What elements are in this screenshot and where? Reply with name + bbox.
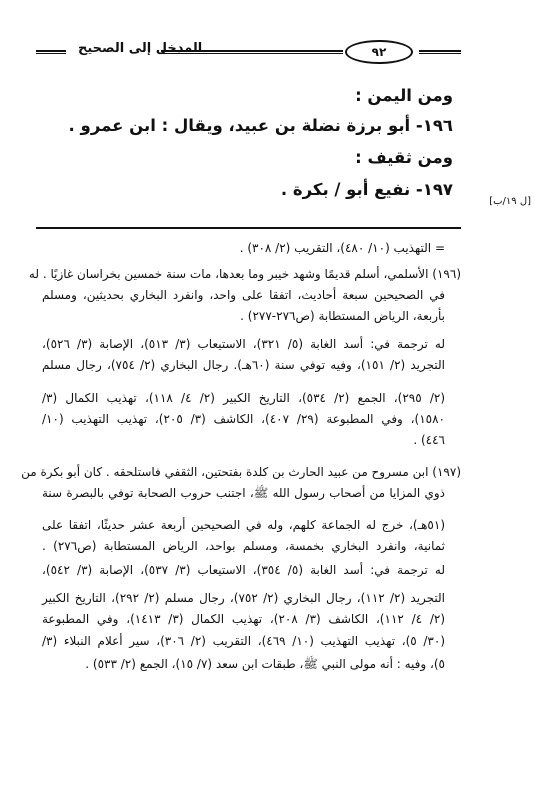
page-number-badge: ٩٢ — [345, 40, 413, 64]
footnote-196-line: التجريد (٢/ ١٥١)، وفيه توفي سنة (٦٠هـ). … — [42, 357, 445, 373]
footnote-196-line: في الصحيحين سبعة أحاديث، اتفقا على واحد،… — [42, 287, 445, 303]
footnote-197-line: (١٩٧) ابن مسروح من عبيد الحارث بن كلدة ب… — [42, 464, 461, 480]
footnote-196-line: بأربعة، الرياض المستطابة (ص٢٧٦-٢٧٧) . — [240, 308, 445, 324]
section-heading-yemen: ومن اليمن : — [355, 86, 453, 105]
section-heading-thaqif: ومن ثقيف : — [355, 148, 453, 167]
manuscript-folio-note: [ل ١٩/ب] — [489, 196, 531, 207]
footnote-197-line: (٥١هـ)، خرج له الجماعة كلهم، وله في الصح… — [42, 517, 445, 533]
footnote-196-line: له ترجمة في: أسد الغابة (٥/ ٣٢١)، الاستي… — [42, 336, 445, 352]
footnote-197-line: ٥)، وفيه : أنه مولى النبي ﷺ، طبقات ابن س… — [85, 656, 445, 672]
entry-197: ١٩٧- نفيع أبو / بكرة . — [281, 180, 453, 199]
footnote-197-line: (٣٠/ ٥)، تهذيب التهذيب (١٠/ ٤٦٩)، التقري… — [42, 633, 445, 649]
footnote-197-line: له ترجمة في: أسد الغابة (٥/ ٣٥٤)، الاستي… — [42, 562, 445, 578]
footnote-197-line: ثمانية، وانفرد البخاري بخمسة، ومسلم بواح… — [42, 538, 445, 554]
running-header: ٩٢ المدخل إلى الصحيح — [36, 40, 461, 64]
entry-196: ١٩٦- أبو برزة نضلة بن عبيد، ويقال : ابن … — [69, 116, 453, 135]
footnote-197-line: التجريد (٢/ ١١٢)، رجال البخاري (٢/ ٧٥٢)،… — [42, 590, 445, 606]
book-page: ٩٢ المدخل إلى الصحيح ومن اليمن : ١٩٦- أب… — [0, 0, 535, 812]
running-title: المدخل إلى الصحيح — [78, 41, 202, 56]
page-number: ٩٢ — [372, 45, 387, 59]
footnote-divider — [36, 227, 461, 229]
footnote-continuation: = التهذيب (١٠/ ٤٨٠)، التقريب (٢/ ٣٠٨) . — [240, 240, 445, 256]
footnote-197-line: (٢/ ٤/ ١١٢)، الكاشف (٣/ ٢٠٨)، تهذيب الكم… — [42, 611, 445, 627]
header-rule-right — [419, 50, 461, 54]
header-rule-left — [36, 50, 66, 54]
footnote-196-line: ١٥٨٠)، وفي المطبوعة (٢٩/ ٤٠٧)، الكاشف (٣… — [42, 411, 445, 427]
footnote-196-line: ٤٤٦) . — [413, 432, 445, 448]
footnote-197-line: ذوي المزايا من أصحاب رسول الله ﷺ، اجتنب … — [42, 485, 445, 501]
footnote-196-line: (١٩٦) الأسلمي، أسلم قديمًا وشهد خيبر وما… — [42, 266, 461, 282]
footnote-196-line: (٢/ ٢٩٥)، الجمع (٢/ ٥٣٤)، التاريخ الكبير… — [42, 390, 445, 406]
